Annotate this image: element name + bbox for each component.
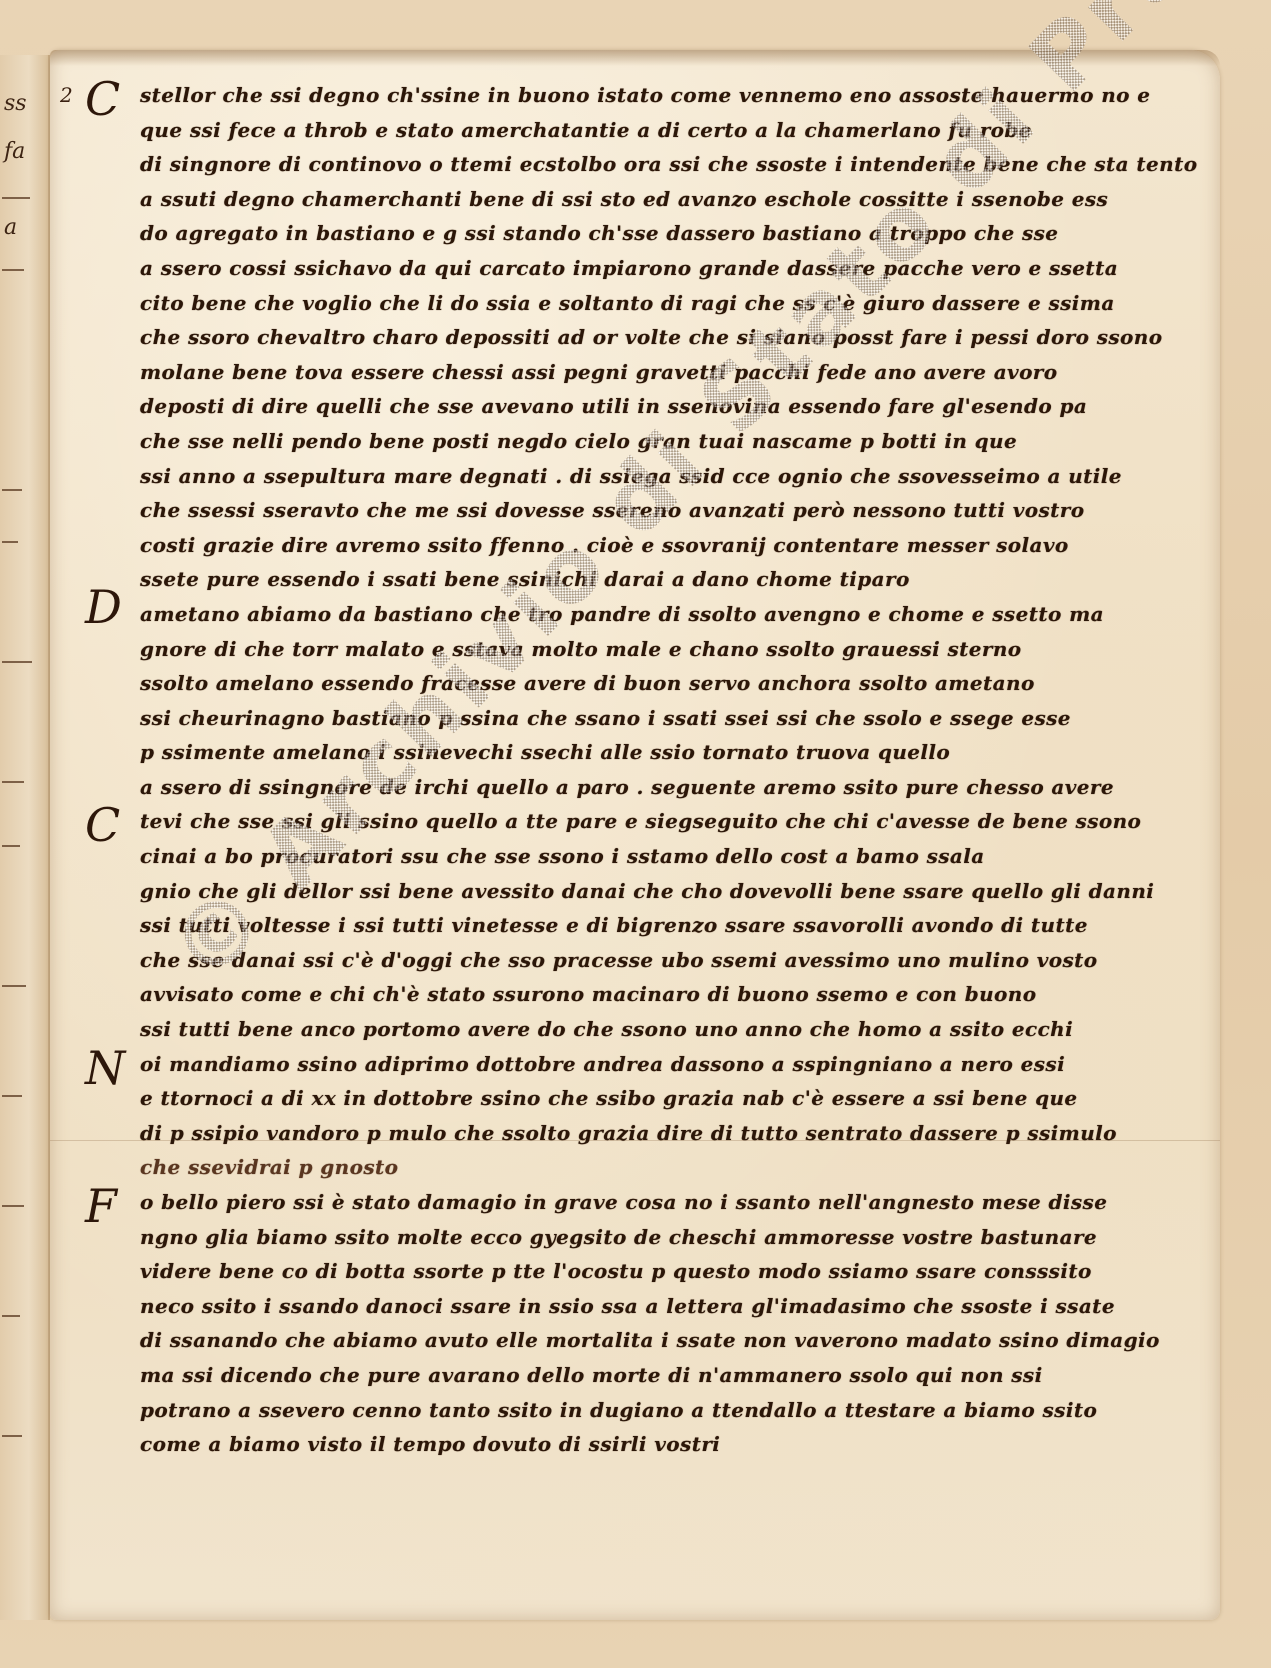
adjacent-page-strip: ss fa a bbox=[0, 55, 50, 1620]
text-line: di p ssipio vandoro p mulo che ssolto gr… bbox=[85, 1116, 1215, 1151]
margin-dash bbox=[2, 781, 24, 783]
margin-glyph: fa bbox=[4, 139, 25, 164]
text-line: deposti di dire quelli che sse avevano u… bbox=[85, 389, 1215, 424]
text-line: do agregato in bastiano e g ssi stando c… bbox=[85, 216, 1215, 251]
text-line: molane bene tova essere chessi assi pegn… bbox=[85, 355, 1215, 390]
margin-dash bbox=[2, 541, 18, 543]
text-line: que ssi fece a throb e stato amerchatant… bbox=[85, 113, 1215, 148]
margin-dash bbox=[2, 1315, 20, 1317]
text-line: che sse nelli pendo bene posti negdo cie… bbox=[85, 424, 1215, 459]
text-line: cinai a bo procuratori ssu che sse ssono… bbox=[85, 839, 1215, 874]
text-line: a ssero di ssingnore de irchi quello a p… bbox=[85, 770, 1215, 805]
text-line: neco ssito i ssando danoci ssare in ssio… bbox=[85, 1289, 1215, 1324]
paragraph-1: C stellor che ssi degno ch'ssine in buon… bbox=[85, 78, 1215, 562]
text-line: ssolto amelano essendo fracesse avere di… bbox=[85, 666, 1215, 701]
paragraph-4: N oi mandiamo ssino adiprimo dottobre an… bbox=[85, 1047, 1215, 1185]
text-line: ssi anno a ssepultura mare degnati . di … bbox=[85, 459, 1215, 494]
text-line: oi mandiamo ssino adiprimo dottobre andr… bbox=[85, 1047, 1215, 1082]
text-line: che ssevidrai p gnosto bbox=[85, 1150, 1215, 1185]
margin-number: 2 bbox=[60, 83, 73, 107]
text-line: ssete pure essendo i ssati bene ssinichi… bbox=[85, 562, 1215, 597]
text-line: costi grazie dire avremo ssito ffenno . … bbox=[85, 528, 1215, 563]
margin-dash bbox=[2, 1095, 22, 1097]
text-line: tevi che sse ssi gli ssino quello a tte … bbox=[85, 804, 1215, 839]
text-line: ssi tutti bene anco portomo avere do che… bbox=[85, 1012, 1215, 1047]
text-line: che ssessi sseravto che me ssi dovesse s… bbox=[85, 493, 1215, 528]
text-line: p ssimente amelano i ssinevechi ssechi a… bbox=[85, 735, 1215, 770]
text-line: avvisato come e chi ch'è stato ssurono m… bbox=[85, 977, 1215, 1012]
text-line: o bello piero ssi è stato damagio in gra… bbox=[85, 1185, 1215, 1220]
paragraph-3: C tevi che sse ssi gli ssino quello a tt… bbox=[85, 804, 1215, 1046]
margin-dash bbox=[2, 985, 26, 987]
text-line: a ssero cossi ssichavo da qui carcato im… bbox=[85, 251, 1215, 286]
letter-body: C stellor che ssi degno ch'ssine in buon… bbox=[85, 78, 1215, 1462]
text-line: potrano a ssevero cenno tanto ssito in d… bbox=[85, 1393, 1215, 1428]
text-line: a ssuti degno chamerchanti bene di ssi s… bbox=[85, 182, 1215, 217]
text-line: ngno glia biamo ssito molte ecco gyegsit… bbox=[85, 1220, 1215, 1255]
text-line: ametano abiamo da bastiano che tro pandr… bbox=[85, 597, 1215, 632]
margin-dash bbox=[2, 1435, 22, 1437]
text-line: stellor che ssi degno ch'ssine in buono … bbox=[85, 78, 1215, 113]
text-line: ma ssi dicendo che pure avarano dello mo… bbox=[85, 1358, 1215, 1393]
text-line: come a biamo visto il tempo dovuto di ss… bbox=[85, 1427, 1215, 1462]
text-line: che ssoro chevaltro charo depossiti ad o… bbox=[85, 320, 1215, 355]
margin-dash bbox=[2, 1205, 24, 1207]
text-line: ssi tutti voltesse i ssi tutti vinetesse… bbox=[85, 908, 1215, 943]
margin-dash bbox=[2, 661, 32, 663]
margin-glyph: ss bbox=[4, 91, 27, 116]
paragraph-5: F o bello piero ssi è stato damagio in g… bbox=[85, 1185, 1215, 1462]
text-line: di ssanando che abiamo avuto elle mortal… bbox=[85, 1323, 1215, 1358]
text-line: cito bene che voglio che li do ssia e so… bbox=[85, 286, 1215, 321]
text-line: di singnore di continovo o ttemi ecstolb… bbox=[85, 147, 1215, 182]
paragraph-2: D ssete pure essendo i ssati bene ssinic… bbox=[85, 562, 1215, 804]
margin-glyph: a bbox=[4, 215, 17, 240]
text-line: gnio che gli dellor ssi bene avessito da… bbox=[85, 874, 1215, 909]
text-line: e ttornoci a di xx in dottobre ssino che… bbox=[85, 1081, 1215, 1116]
margin-dash bbox=[2, 197, 30, 199]
margin-dash bbox=[2, 489, 22, 491]
margin-dash bbox=[2, 269, 24, 271]
text-line: ssi cheurinagno bastiano p ssina che ssa… bbox=[85, 701, 1215, 736]
margin-dash bbox=[2, 845, 20, 847]
text-line: che sse danai ssi c'è d'oggi che sso pra… bbox=[85, 943, 1215, 978]
text-line: gnore di che torr malato e sstava molto … bbox=[85, 632, 1215, 667]
text-line: videre bene co di botta ssorte p tte l'o… bbox=[85, 1254, 1215, 1289]
